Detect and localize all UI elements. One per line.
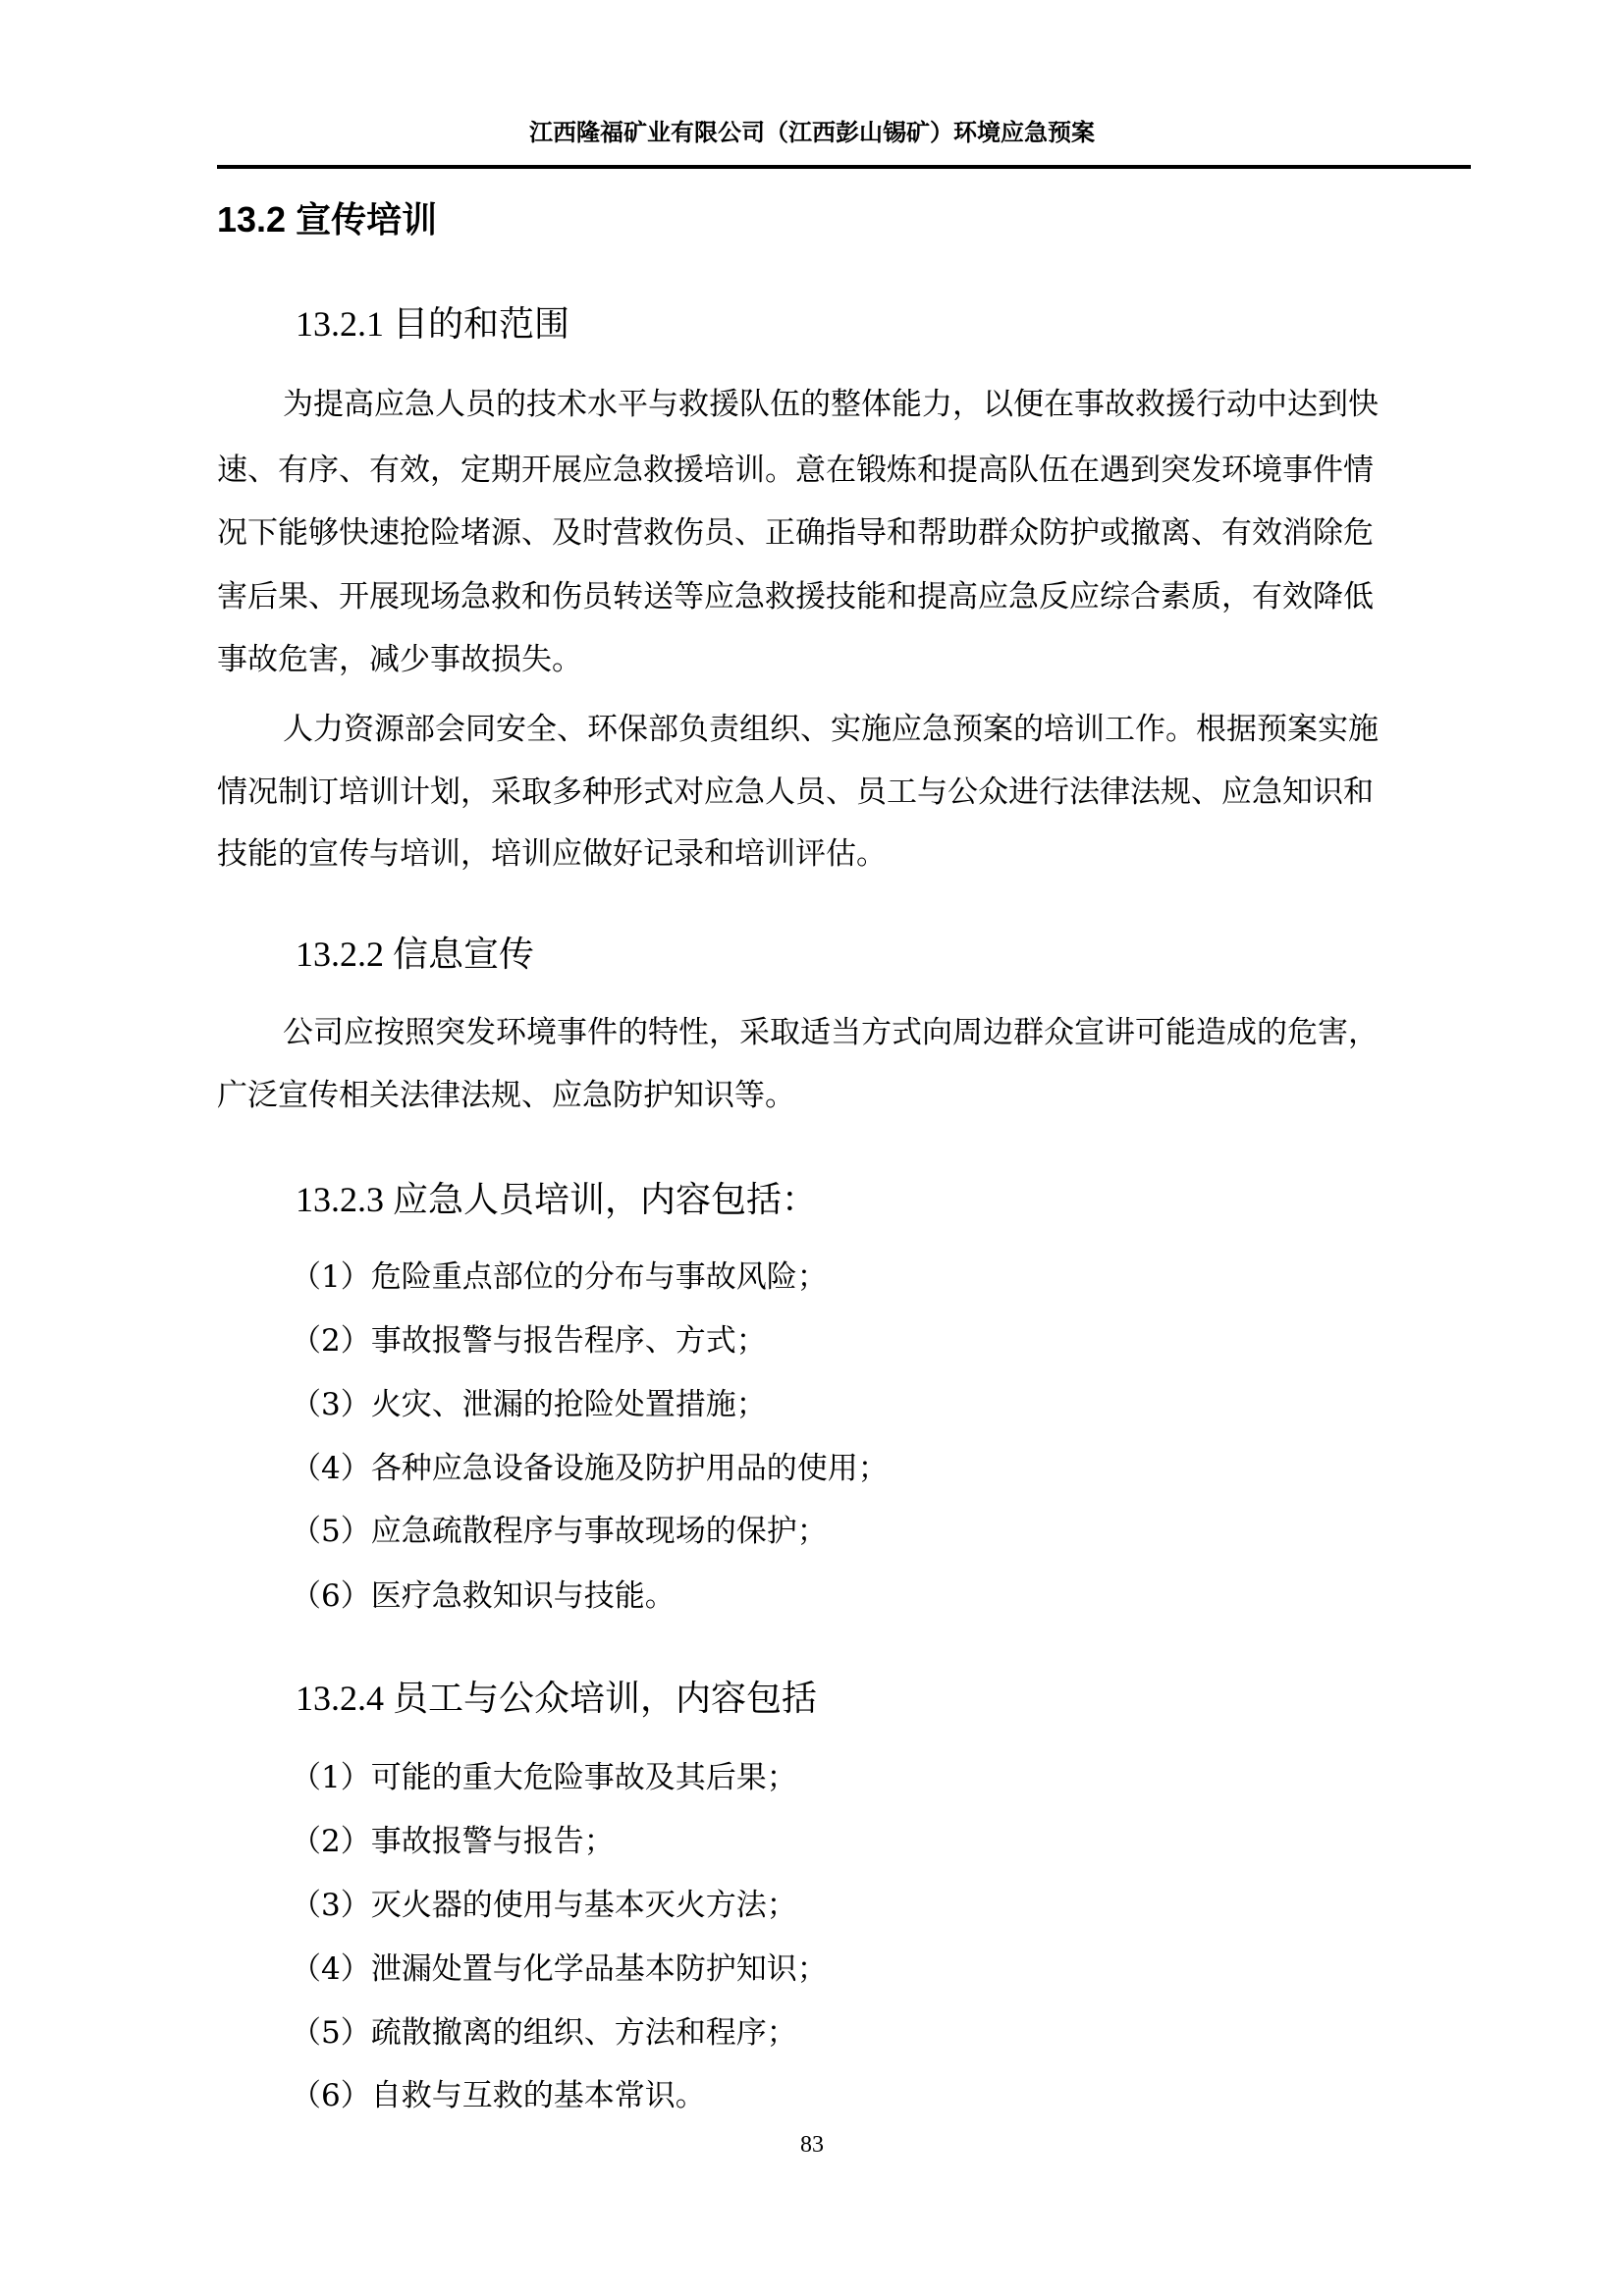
- paragraph-line: 速、有序、有效，定期开展应急救援培训。意在锻炼和提高队伍在遇到突发环境事件情: [217, 451, 1374, 490]
- subsection-heading-responder-training: 13.2.3 应急人员培训，内容包括：: [296, 1178, 817, 1221]
- running-header-title: 江西隆福矿业有限公司（江西彭山锡矿）环境应急预案: [0, 115, 1624, 150]
- list-item: （2）事故报警与报告；: [291, 1822, 615, 1861]
- paragraph-line: 事故危害，减少事故损失。: [217, 640, 582, 679]
- paragraph-line: 情况制订培训计划，采取多种形式对应急人员、员工与公众进行法律法规、应急知识和: [217, 773, 1374, 812]
- list-item: （6）医疗急救知识与技能。: [291, 1576, 676, 1616]
- header-divider: [217, 165, 1471, 169]
- list-item: （5）应急疏散程序与事故现场的保护；: [291, 1512, 828, 1551]
- paragraph-line: 为提高应急人员的技术水平与救援队伍的整体能力，以便在事故救援行动中达到快: [283, 385, 1379, 424]
- paragraph-line: 广泛宣传相关法律法规、应急防护知识等。: [217, 1076, 795, 1115]
- paragraph-line: 技能的宣传与培训，培训应做好记录和培训评估。: [217, 834, 887, 874]
- page-number: 83: [0, 2130, 1624, 2160]
- list-item: （4）各种应急设备设施及防护用品的使用；: [291, 1449, 889, 1488]
- subsection-heading-staff-public-training: 13.2.4 员工与公众培训，内容包括: [296, 1677, 817, 1720]
- list-item: （3）灭火器的使用与基本灭火方法；: [291, 1886, 797, 1925]
- list-item: （5）疏散撤离的组织、方法和程序；: [291, 2013, 797, 2053]
- paragraph-line: 况下能够快速抢险堵源、及时营救伤员、正确指导和帮助群众防护或撤离、有效消除危: [217, 513, 1374, 553]
- section-heading: 13.2 宣传培训: [217, 198, 437, 241]
- paragraph-line: 害后果、开展现场急救和伤员转送等应急救援技能和提高应急反应综合素质，有效降低: [217, 577, 1374, 616]
- list-item: （1）危险重点部位的分布与事故风险；: [291, 1257, 828, 1297]
- list-item: （3）火灾、泄漏的抢险处置措施；: [291, 1385, 767, 1424]
- list-item: （1）可能的重大危险事故及其后果；: [291, 1758, 797, 1797]
- subsection-heading-info-publicity: 13.2.2 信息宣传: [296, 933, 534, 976]
- paragraph-line: 公司应按照突发环境事件的特性，采取适当方式向周边群众宣讲可能造成的危害，: [283, 1013, 1379, 1052]
- list-item: （2）事故报警与报告程序、方式；: [291, 1321, 767, 1361]
- list-item: （4）泄漏处置与化学品基本防护知识；: [291, 1949, 828, 1989]
- list-item: （6）自救与互救的基本常识。: [291, 2076, 706, 2115]
- subsection-heading-purpose-scope: 13.2.1 目的和范围: [296, 302, 569, 346]
- paragraph-line: 人力资源部会同安全、环保部负责组织、实施应急预案的培训工作。根据预案实施: [283, 710, 1379, 749]
